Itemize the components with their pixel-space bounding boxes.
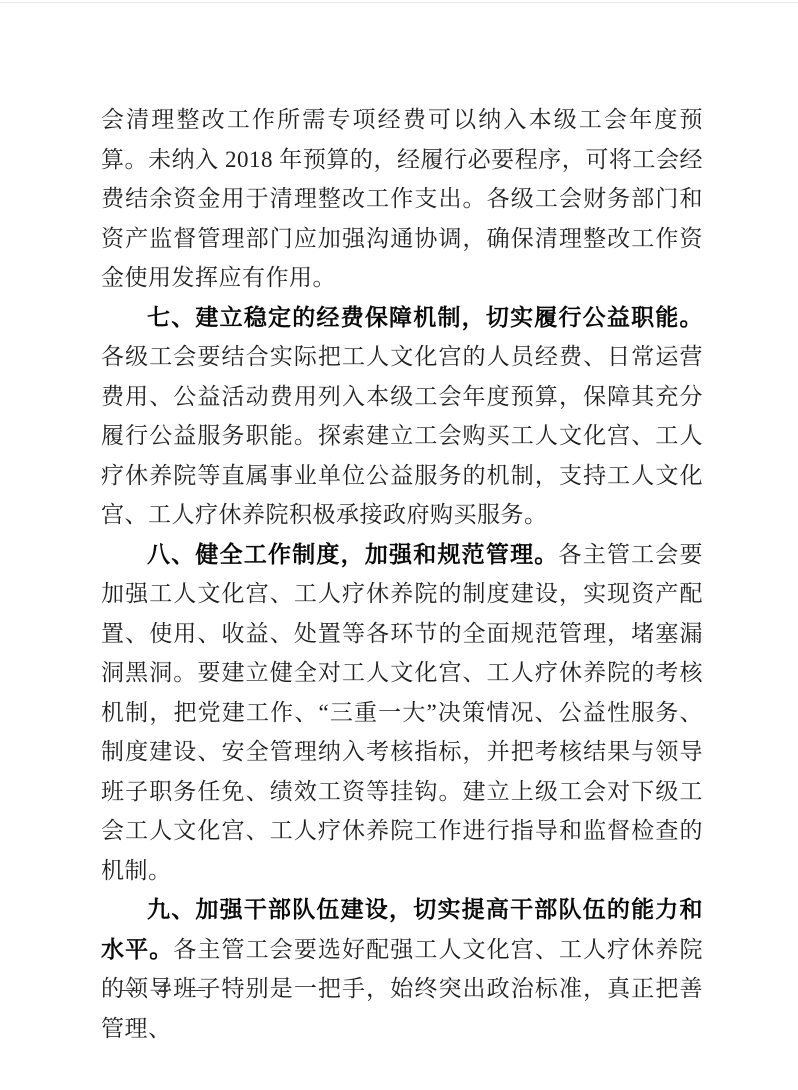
document-body: 会清理整改工作所需专项经费可以纳入本级工会年度预算。未纳入 2018 年预算的，…	[101, 100, 703, 1048]
document-page: { "page": { "footer_text": "— 4 —", "pag…	[0, 0, 798, 1090]
paragraph: 九、加强干部队伍建设，切实提高干部队伍的能力和水平。各主管工会要选好配强工人文化…	[101, 890, 703, 1048]
paragraph: 会清理整改工作所需专项经费可以纳入本级工会年度预算。未纳入 2018 年预算的，…	[101, 100, 703, 298]
section-heading: 七、建立稳定的经费保障机制，切实履行公益职能。	[147, 304, 703, 330]
body-text: 会清理整改工作所需专项经费可以纳入本级工会年度预算。未纳入 2018 年预算的，…	[101, 107, 703, 290]
scan-edge-line	[0, 2, 798, 3]
page-footer: — 4 —	[121, 978, 211, 1001]
body-text: 各主管工会要加强工人文化宫、工人疗休养院的制度建设，实现资产配置、使用、收益、处…	[101, 542, 703, 883]
paragraph: 七、建立稳定的经费保障机制，切实履行公益职能。各级工会要结合实际把工人文化宫的人…	[101, 298, 703, 535]
section-heading: 八、健全工作制度，加强和规范管理。	[147, 541, 558, 567]
body-text: 各级工会要结合实际把工人文化宫的人员经费、日常运营费用、公益活动费用列入本级工会…	[101, 344, 703, 527]
paragraph: 八、健全工作制度，加强和规范管理。各主管工会要加强工人文化宫、工人疗休养院的制度…	[101, 535, 703, 891]
page-number: — 4 —	[121, 978, 211, 1000]
